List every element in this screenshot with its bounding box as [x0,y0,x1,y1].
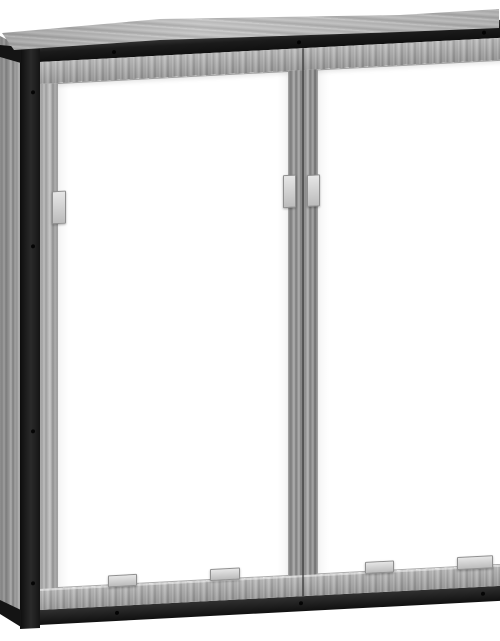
right-door-mirror [317,57,500,575]
frame-left-post [20,44,40,629]
product-photo [0,0,500,641]
left-door-mirror [57,71,289,588]
mirror-clip-center-right [307,174,320,207]
cabinet-front [20,0,500,641]
mirror-clip-bottom-2 [210,567,240,581]
mirror-clip-bottom-3 [365,560,394,574]
mirror-clip-bottom-1 [108,574,137,588]
mirror-clip-bottom-4 [457,555,493,570]
left-side-panel [0,0,20,641]
mirror-clip-left-side [52,191,66,225]
door-seam [302,48,304,596]
mirror-clip-center-left [283,175,296,209]
left-door-stile [40,83,57,589]
